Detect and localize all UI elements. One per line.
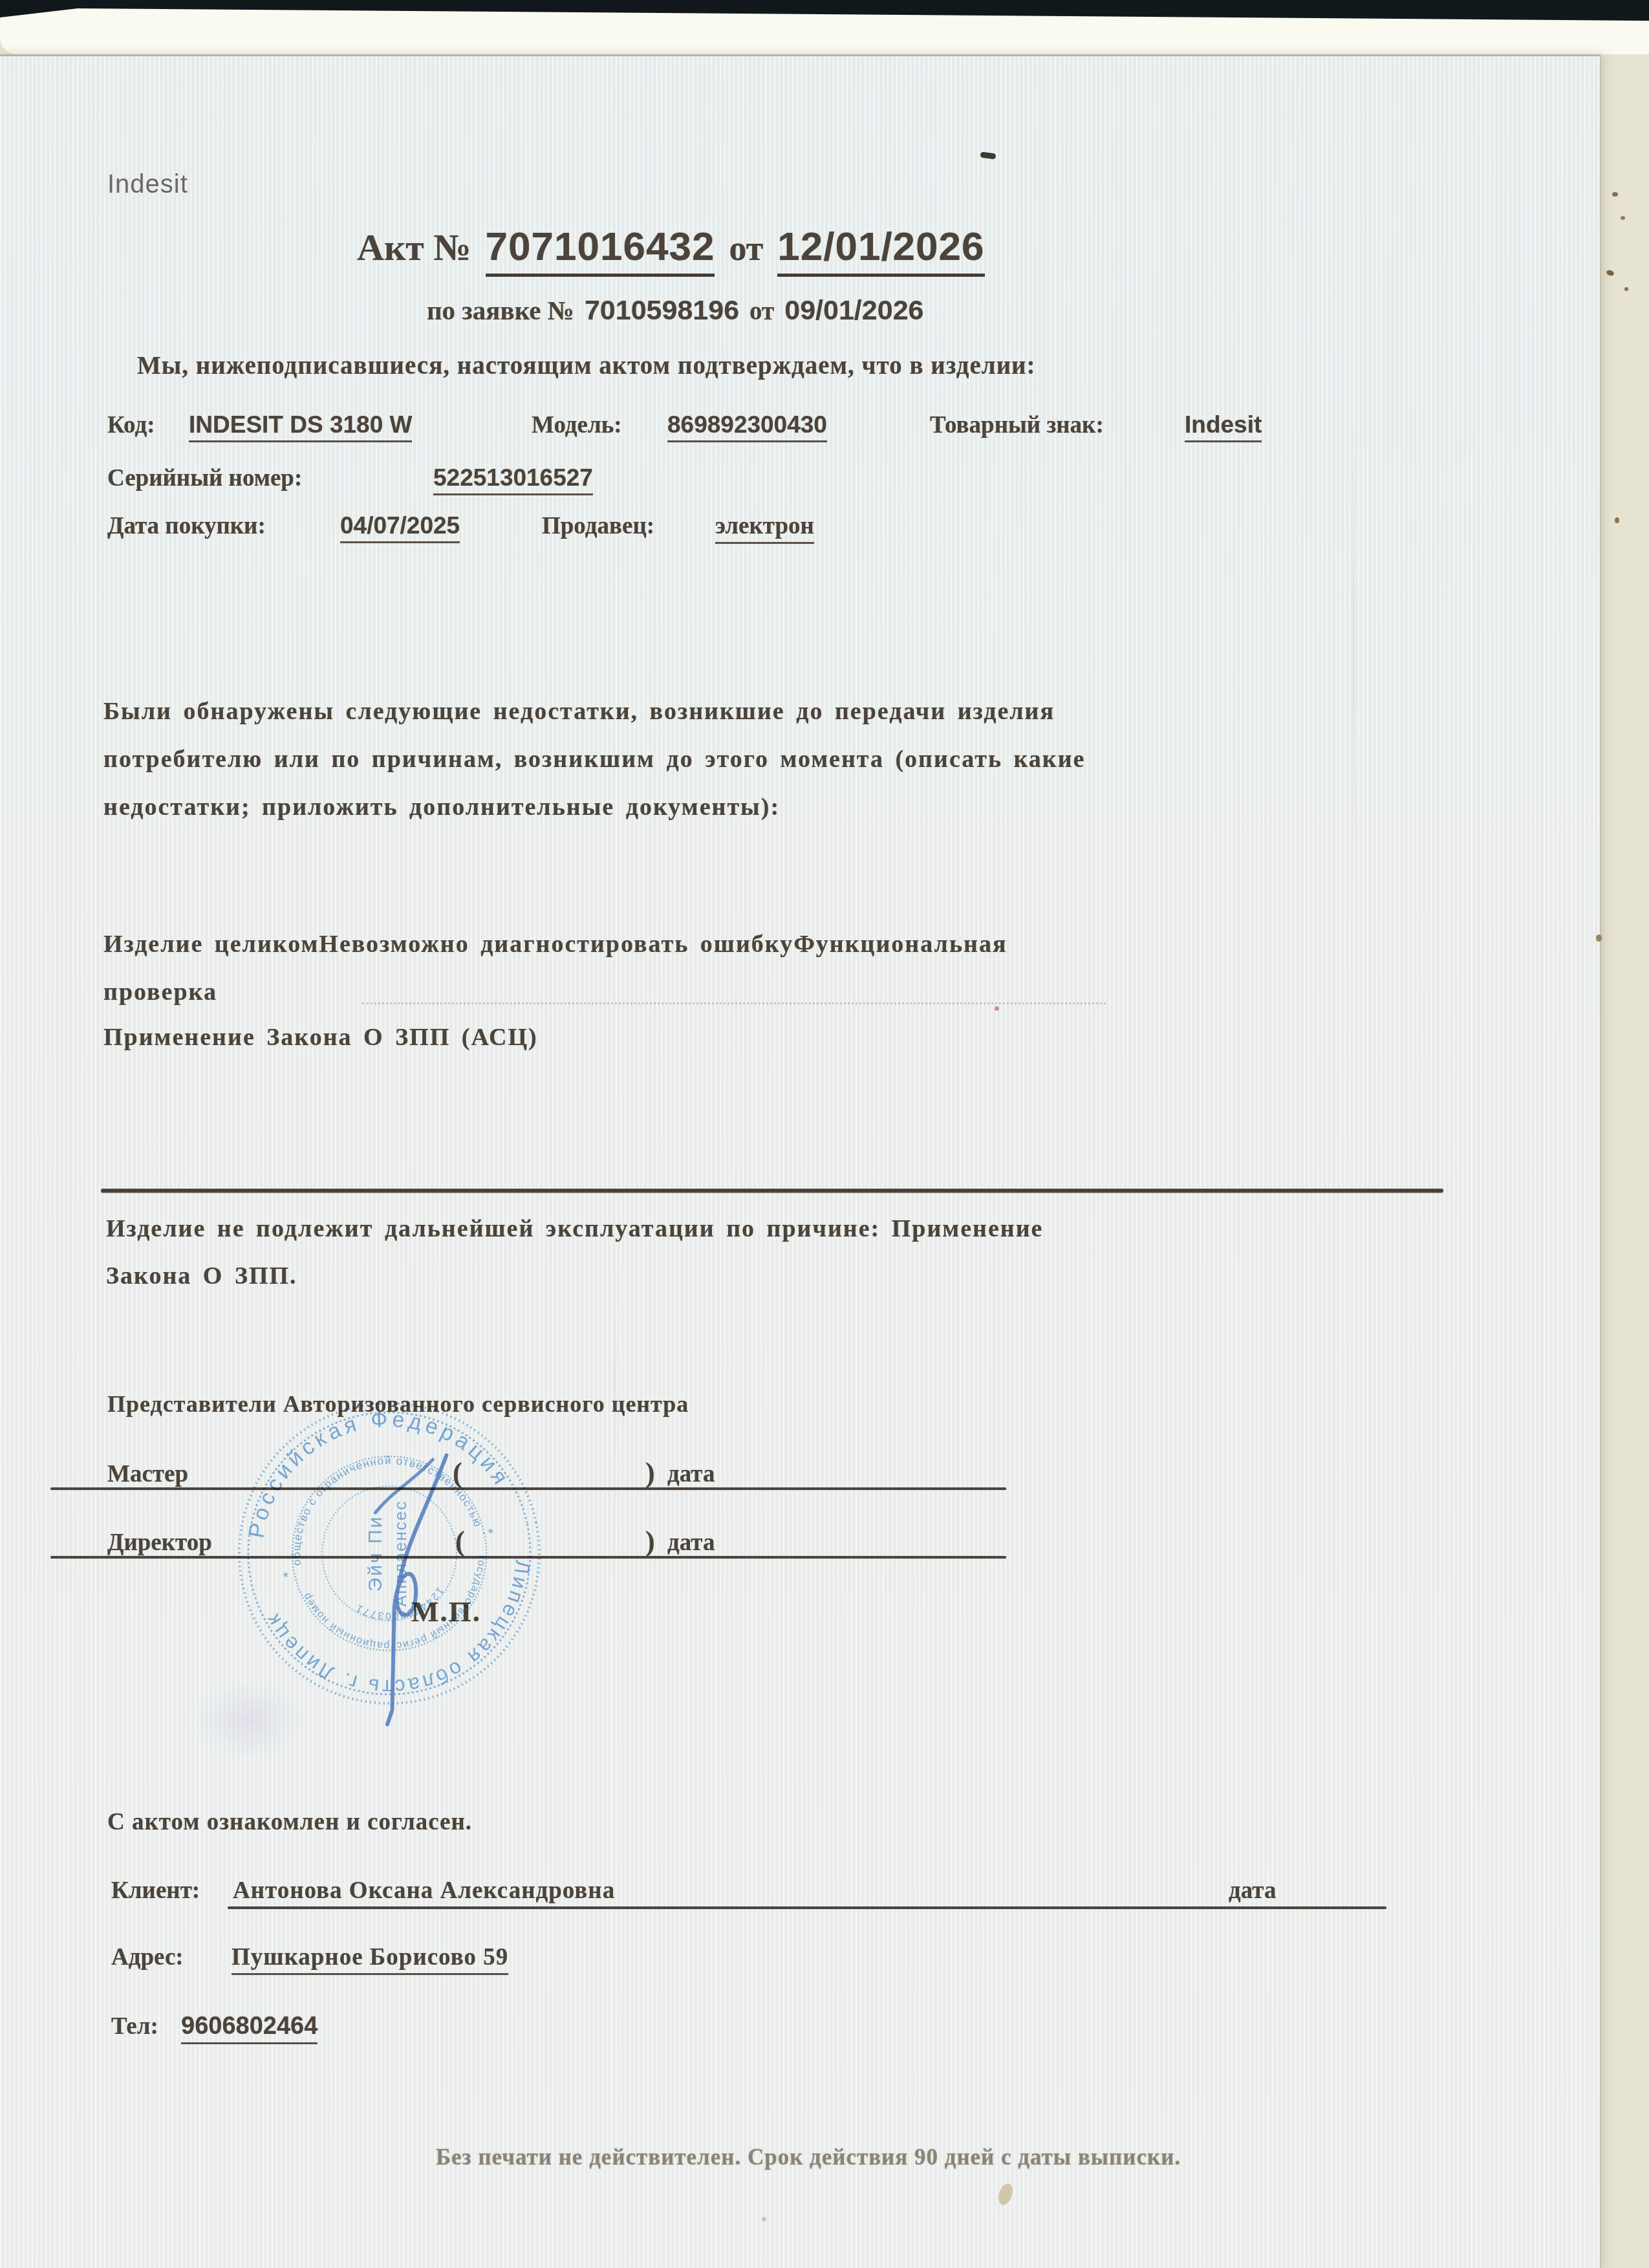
section-divider-line	[101, 1189, 1443, 1193]
trademark-value: Indesit	[1185, 411, 1262, 442]
director-paren-close: )	[645, 1525, 655, 1558]
serial-label: Серийный номер:	[107, 464, 302, 492]
paper-stain	[762, 2217, 766, 2221]
phone-label: Тел:	[111, 2013, 158, 2040]
client-date-label: дата	[1229, 1877, 1276, 1905]
request-of-label: от	[749, 297, 774, 326]
act-date: 12/01/2026	[777, 224, 984, 277]
stamp-star-left: *	[282, 1568, 291, 1585]
address-value: Пушкарное Борисово 59	[232, 1943, 508, 1975]
trademark-label: Товарный знак:	[930, 411, 1104, 439]
defects-intro-line: потребителю или по причинам, возникшим д…	[103, 745, 1086, 773]
request-label: по заявке №	[427, 295, 574, 326]
confirmation-line: Мы, нижеподписавшиеся, настоящим актом п…	[137, 351, 1036, 380]
master-label: Мастер	[107, 1460, 188, 1488]
stamp-star-right: *	[487, 1525, 496, 1542]
master-date-label: дата	[667, 1460, 715, 1488]
defects-intro-line: недостатки; приложить дополнительные док…	[103, 793, 780, 821]
act-title-label: Акт №	[357, 226, 471, 269]
act-number: 7071016432	[486, 224, 715, 277]
svg-text:Эйч Пи: Эйч Пи	[365, 1515, 386, 1592]
client-name: Антонова Оксана Александровна	[233, 1877, 615, 1905]
model-value: 869892300430	[667, 411, 827, 442]
purchase-date-label: Дата покупки:	[107, 512, 266, 540]
code-label: Код:	[107, 411, 155, 439]
director-label: Директор	[107, 1529, 212, 1557]
conclusion-line: Закона О ЗПП.	[106, 1262, 297, 1290]
scan-artifact	[1612, 192, 1618, 197]
scan-artifact	[1624, 287, 1628, 291]
serial-value: 522513016527	[433, 464, 593, 495]
director-date-label: дата	[667, 1529, 715, 1557]
scan-artifact	[980, 152, 997, 160]
phone-value: 9606802464	[181, 2013, 318, 2044]
act-title: Акт № 7071016432 от 12/01/2026	[357, 224, 985, 277]
scan-artifact	[1606, 269, 1615, 277]
address-label: Адрес:	[111, 1943, 184, 1971]
client-signature-line	[228, 1906, 1386, 1909]
scan-artifact	[1596, 934, 1602, 942]
model-label: Модель:	[532, 411, 622, 439]
defects-intro-line: Были обнаружены следующие недостатки, во…	[103, 697, 1055, 726]
law-applied-line: Применение Закона О ЗПП (АСЦ)	[103, 1023, 538, 1052]
service-center-stamp: Российская Федерация Липецкая область г.…	[175, 1339, 604, 1768]
scan-artifact	[1615, 517, 1619, 523]
paper-crease	[614, 1229, 616, 1552]
document-content: Indesit Акт № 7071016432 от 12/01/2026 п…	[0, 0, 1649, 2268]
scan-artifact	[1621, 216, 1625, 220]
master-paren-close: )	[645, 1456, 655, 1489]
paper-stain	[996, 2182, 1015, 2207]
seller-value: электрон	[715, 512, 814, 544]
request-line: по заявке № 7010598196 от 09/01/2026	[427, 295, 923, 327]
paper-crease	[1353, 401, 1355, 892]
act-of-label: от	[729, 228, 763, 268]
client-label: Клиент:	[111, 1877, 200, 1905]
purchase-date-value: 04/07/2025	[340, 512, 460, 543]
scan-artifact	[995, 1006, 999, 1011]
acknowledgement-line: С актом ознакомлен и согласен.	[107, 1808, 472, 1836]
footer-note: Без печати не действителен. Срок действи…	[272, 2144, 1345, 2170]
request-date: 09/01/2026	[784, 295, 923, 327]
defects-found-line: Изделие целикомНевозможно диагностироват…	[103, 930, 1007, 958]
conclusion-line: Изделие не подлежит дальнейшей эксплуата…	[106, 1215, 1043, 1243]
faint-dotted-artifact	[362, 1002, 1106, 1004]
defects-found-line: проверка	[103, 978, 217, 1006]
code-value: INDESIT DS 3180 W	[189, 411, 412, 442]
brand-logo: Indesit	[107, 170, 188, 199]
seller-label: Продавец:	[542, 512, 654, 540]
stamp-center-text: Эйч Пи Апплаенсес	[365, 1500, 410, 1606]
request-number: 7010598196	[585, 295, 739, 327]
